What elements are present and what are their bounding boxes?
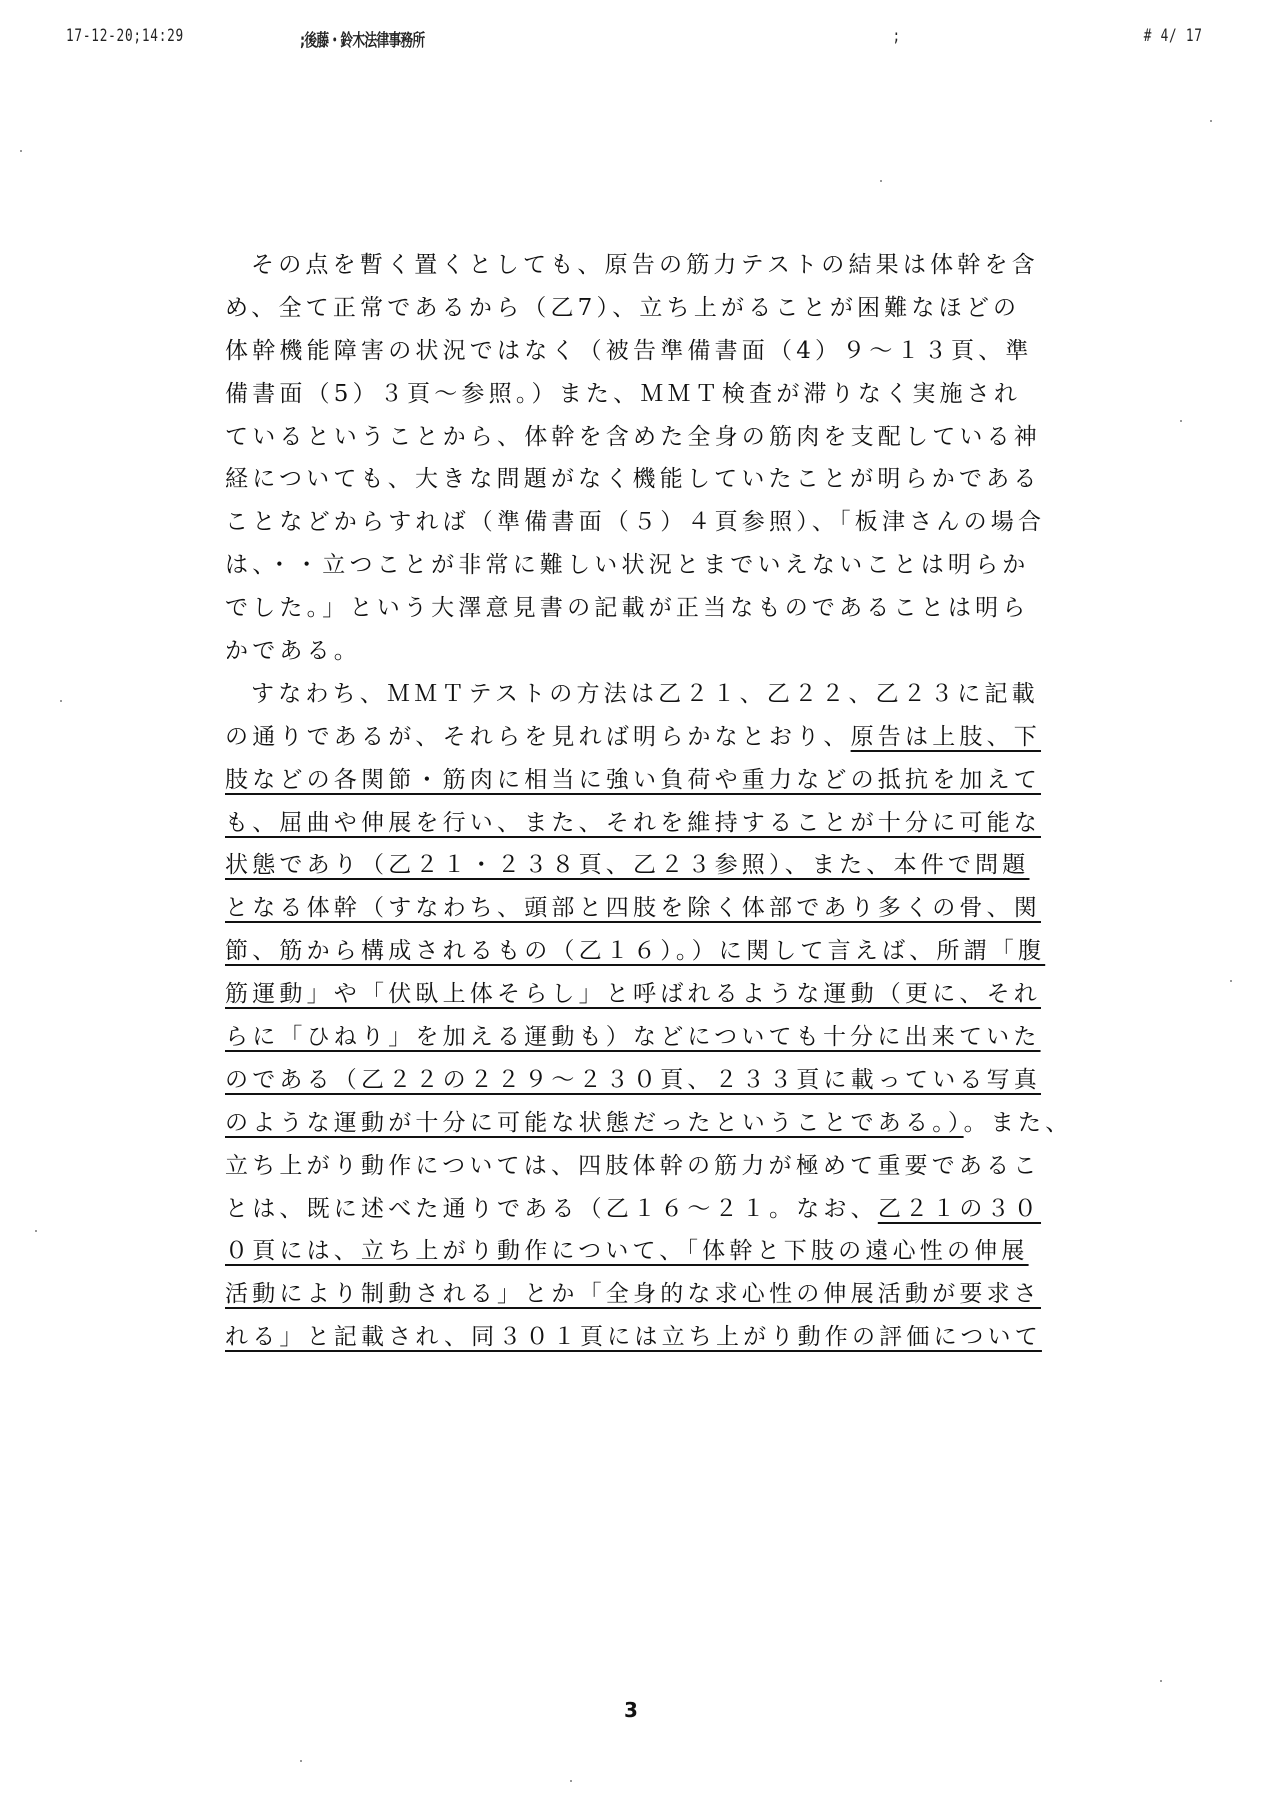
underlined-text-span: となる体幹（すなわち、頭部と四肢を除く体部であり多くの骨、関 (225, 895, 1041, 921)
fax-timestamp: 17-12-20;14:29 (66, 26, 184, 46)
scan-speck (1160, 1680, 1162, 1682)
underlined-text-span: 状態であり（乙２１・２３８頁、乙２３参照）、また、本件で問題 (225, 852, 1030, 878)
text-span: は、・・立つことが非常に難しい状況とまでいえないことは明らか (225, 552, 1030, 578)
text-line: は、・・立つことが非常に難しい状況とまでいえないことは明らか (225, 544, 1095, 587)
underlined-text-span: のような運動が十分に可能な状態だったということである。） (225, 1110, 964, 1136)
text-line: の通りであるが、それらを見れば明らかなとおり、原告は上肢、下 (225, 716, 1095, 759)
fax-page-indicator: # 4/ 17 (1144, 26, 1203, 46)
underlined-text-span: 原告は上肢、下 (851, 724, 1041, 750)
underlined-text-span: 肢などの各関節・筋肉に相当に強い負荷や重力などの抵抗を加えて (225, 767, 1041, 793)
scan-speck (1180, 420, 1182, 422)
underlined-text-span: らに「ひねり」を加える運動も）などについても十分に出来ていた (225, 1024, 1041, 1050)
text-span: すなわち、ＭＭＴテストの方法は乙２１、乙２２、乙２３に記載 (251, 681, 1039, 707)
text-line: 筋運動」や「伏臥上体そらし」と呼ばれるような運動（更に、それ (225, 973, 1095, 1016)
text-span: かである。 (225, 638, 361, 664)
underlined-text-span: のである（乙２２の２２９～２３０頁、２３３頁に載っている写真 (225, 1067, 1041, 1093)
text-line: も、屈曲や伸展を行い、また、それを維持することが十分に可能な (225, 802, 1095, 845)
text-line: 活動により制動される」とか「全身的な求心性の伸展活動が要求さ (225, 1273, 1095, 1316)
fax-transmission-header: 17-12-20;14:29 ;後藤・鈴木法律事務所 ; # 4/ 17 (0, 26, 960, 56)
page-number: 3 (624, 1698, 638, 1722)
underlined-text-span: 節、筋から構成されるもの（乙１６）。）に関して言えば、所謂「腹 (225, 938, 1045, 964)
text-line: のような運動が十分に可能な状態だったということである。）。また、 (225, 1102, 1095, 1145)
scan-speck (570, 1780, 572, 1782)
text-line: 肢などの各関節・筋肉に相当に強い負荷や重力などの抵抗を加えて (225, 759, 1095, 802)
text-span: でした。」という大澤意見書の記載が正当なものであることは明ら (225, 595, 1030, 621)
underlined-text-span: 乙２１の３０ (878, 1196, 1041, 1222)
text-line: とは、既に述べた通りである（乙１６～２１。なお、乙２１の３０ (225, 1188, 1095, 1231)
underlined-text-span: れる」と記載され、同３０１頁には立ち上がり動作の評価について (225, 1324, 1042, 1350)
text-span: ているということから、体幹を含めた全身の筋肉を支配している神 (225, 424, 1041, 450)
text-span: ことなどからすれば（準備書面（５）４頁参照）、「板津さんの場合 (225, 509, 1045, 535)
text-line: 経についても、大きな問題がなく機能していたことが明らかである (225, 458, 1095, 501)
text-span: 立ち上がり動作については、四肢体幹の筋力が極めて重要であるこ (225, 1153, 1041, 1179)
fax-separator: ; (893, 26, 901, 46)
text-span: とは、既に述べた通りである（乙１６～２１。なお、 (225, 1196, 878, 1222)
underlined-text-span: ０頁には、立ち上がり動作について、「体幹と下肢の遠心性の伸展 (225, 1238, 1029, 1264)
scan-speck (60, 700, 62, 702)
text-line: らに「ひねり」を加える運動も）などについても十分に出来ていた (225, 1016, 1095, 1059)
fax-sender-name: ;後藤・鈴木法律事務所 (300, 26, 424, 51)
text-line: のである（乙２２の２２９～２３０頁、２３３頁に載っている写真 (225, 1059, 1095, 1102)
scan-speck (1210, 120, 1212, 122)
text-line: その点を暫く置くとしても、原告の筋力テストの結果は体幹を含 (225, 244, 1095, 287)
text-line: れる」と記載され、同３０１頁には立ち上がり動作の評価について (225, 1316, 1095, 1359)
text-line: ０頁には、立ち上がり動作について、「体幹と下肢の遠心性の伸展 (225, 1230, 1095, 1273)
text-line: ているということから、体幹を含めた全身の筋肉を支配している神 (225, 416, 1095, 459)
scan-speck (880, 180, 882, 182)
text-line: でした。」という大澤意見書の記載が正当なものであることは明ら (225, 587, 1095, 630)
underlined-text-span: 筋運動」や「伏臥上体そらし」と呼ばれるような運動（更に、それ (225, 981, 1041, 1007)
text-span: の通りであるが、それらを見れば明らかなとおり、 (225, 724, 851, 750)
text-line: め、全て正常であるから（乙7）、立ち上がることが困難なほどの (225, 287, 1095, 330)
underlined-text-span: 活動により制動される」とか「全身的な求心性の伸展活動が要求さ (225, 1281, 1041, 1307)
text-span: 。また、 (964, 1110, 1073, 1136)
text-line: 節、筋から構成されるもの（乙１６）。）に関して言えば、所謂「腹 (225, 930, 1095, 973)
text-line: かである。 (225, 630, 1095, 673)
text-line: 状態であり（乙２１・２３８頁、乙２３参照）、また、本件で問題 (225, 844, 1095, 887)
text-line: すなわち、ＭＭＴテストの方法は乙２１、乙２２、乙２３に記載 (225, 673, 1095, 716)
text-span: 経についても、大きな問題がなく機能していたことが明らかである (225, 466, 1041, 492)
scan-speck (35, 1230, 37, 1232)
scan-speck (20, 150, 22, 152)
text-span: その点を暫く置くとしても、原告の筋力テストの結果は体幹を含 (251, 252, 1039, 278)
text-span: 体幹機能障害の状況ではなく（被告準備書面（4）９～１３頁、準 (225, 338, 1033, 364)
text-line: 立ち上がり動作については、四肢体幹の筋力が極めて重要であるこ (225, 1145, 1095, 1188)
text-line: となる体幹（すなわち、頭部と四肢を除く体部であり多くの骨、関 (225, 887, 1095, 930)
text-span: 備書面（5）３頁～参照。）また、ＭＭＴ検査が滞りなく実施され (225, 381, 1021, 407)
text-line: 体幹機能障害の状況ではなく（被告準備書面（4）９～１３頁、準 (225, 330, 1095, 373)
text-span: め、全て正常であるから（乙7）、立ち上がることが困難なほどの (225, 295, 1020, 321)
text-line: ことなどからすれば（準備書面（５）４頁参照）、「板津さんの場合 (225, 501, 1095, 544)
underlined-text-span: も、屈曲や伸展を行い、また、それを維持することが十分に可能な (225, 810, 1041, 836)
scan-speck (300, 1760, 302, 1762)
scan-speck (1230, 980, 1232, 982)
text-line: 備書面（5）３頁～参照。）また、ＭＭＴ検査が滞りなく実施され (225, 373, 1095, 416)
document-body: その点を暫く置くとしても、原告の筋力テストの結果は体幹を含 め、全て正常であるか… (225, 244, 1095, 1359)
